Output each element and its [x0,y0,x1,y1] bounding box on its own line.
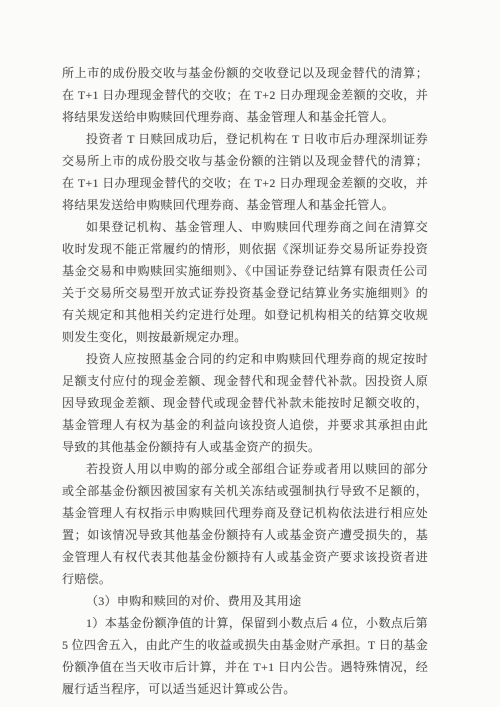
scanned-document-page: 所上市的成份股交收与基金份额的交收登记以及现金替代的清算；在 T+1 日办理现金… [0,0,500,707]
document-text-block: 所上市的成份股交收与基金份额的交收登记以及现金替代的清算；在 T+1 日办理现金… [62,62,428,700]
paragraph-settlement-continuation: 所上市的成份股交收与基金份额的交收登记以及现金替代的清算；在 T+1 日办理现金… [62,62,428,128]
list-item-nav-calculation: 1）本基金份额净值的计算，保留到小数点后 4 位，小数点后第 5 位四舍五入，由… [62,612,428,700]
paragraph-investor-payment-obligation: 投资人应按照基金合同的约定和申购赎回代理券商的规定按时足额支付应付的现金差额、现… [62,348,428,458]
paragraph-frozen-assets-handling: 若投资人用以申购的部分或全部组合证券或者用以赎回的部分或全部基金份额因被国家有关… [62,458,428,590]
paragraph-default-handling-rules: 如果登记机构、基金管理人、申购赎回代理券商之间在清算交收时发现不能正常履约的情形… [62,216,428,348]
section-heading-consideration-fees: （3）申购和赎回的对价、费用及其用途 [62,590,428,612]
paragraph-redemption-settlement: 投资者 T 日赎回成功后，登记机构在 T 日收市后办理深圳证券交易所上市的成份股… [62,128,428,216]
